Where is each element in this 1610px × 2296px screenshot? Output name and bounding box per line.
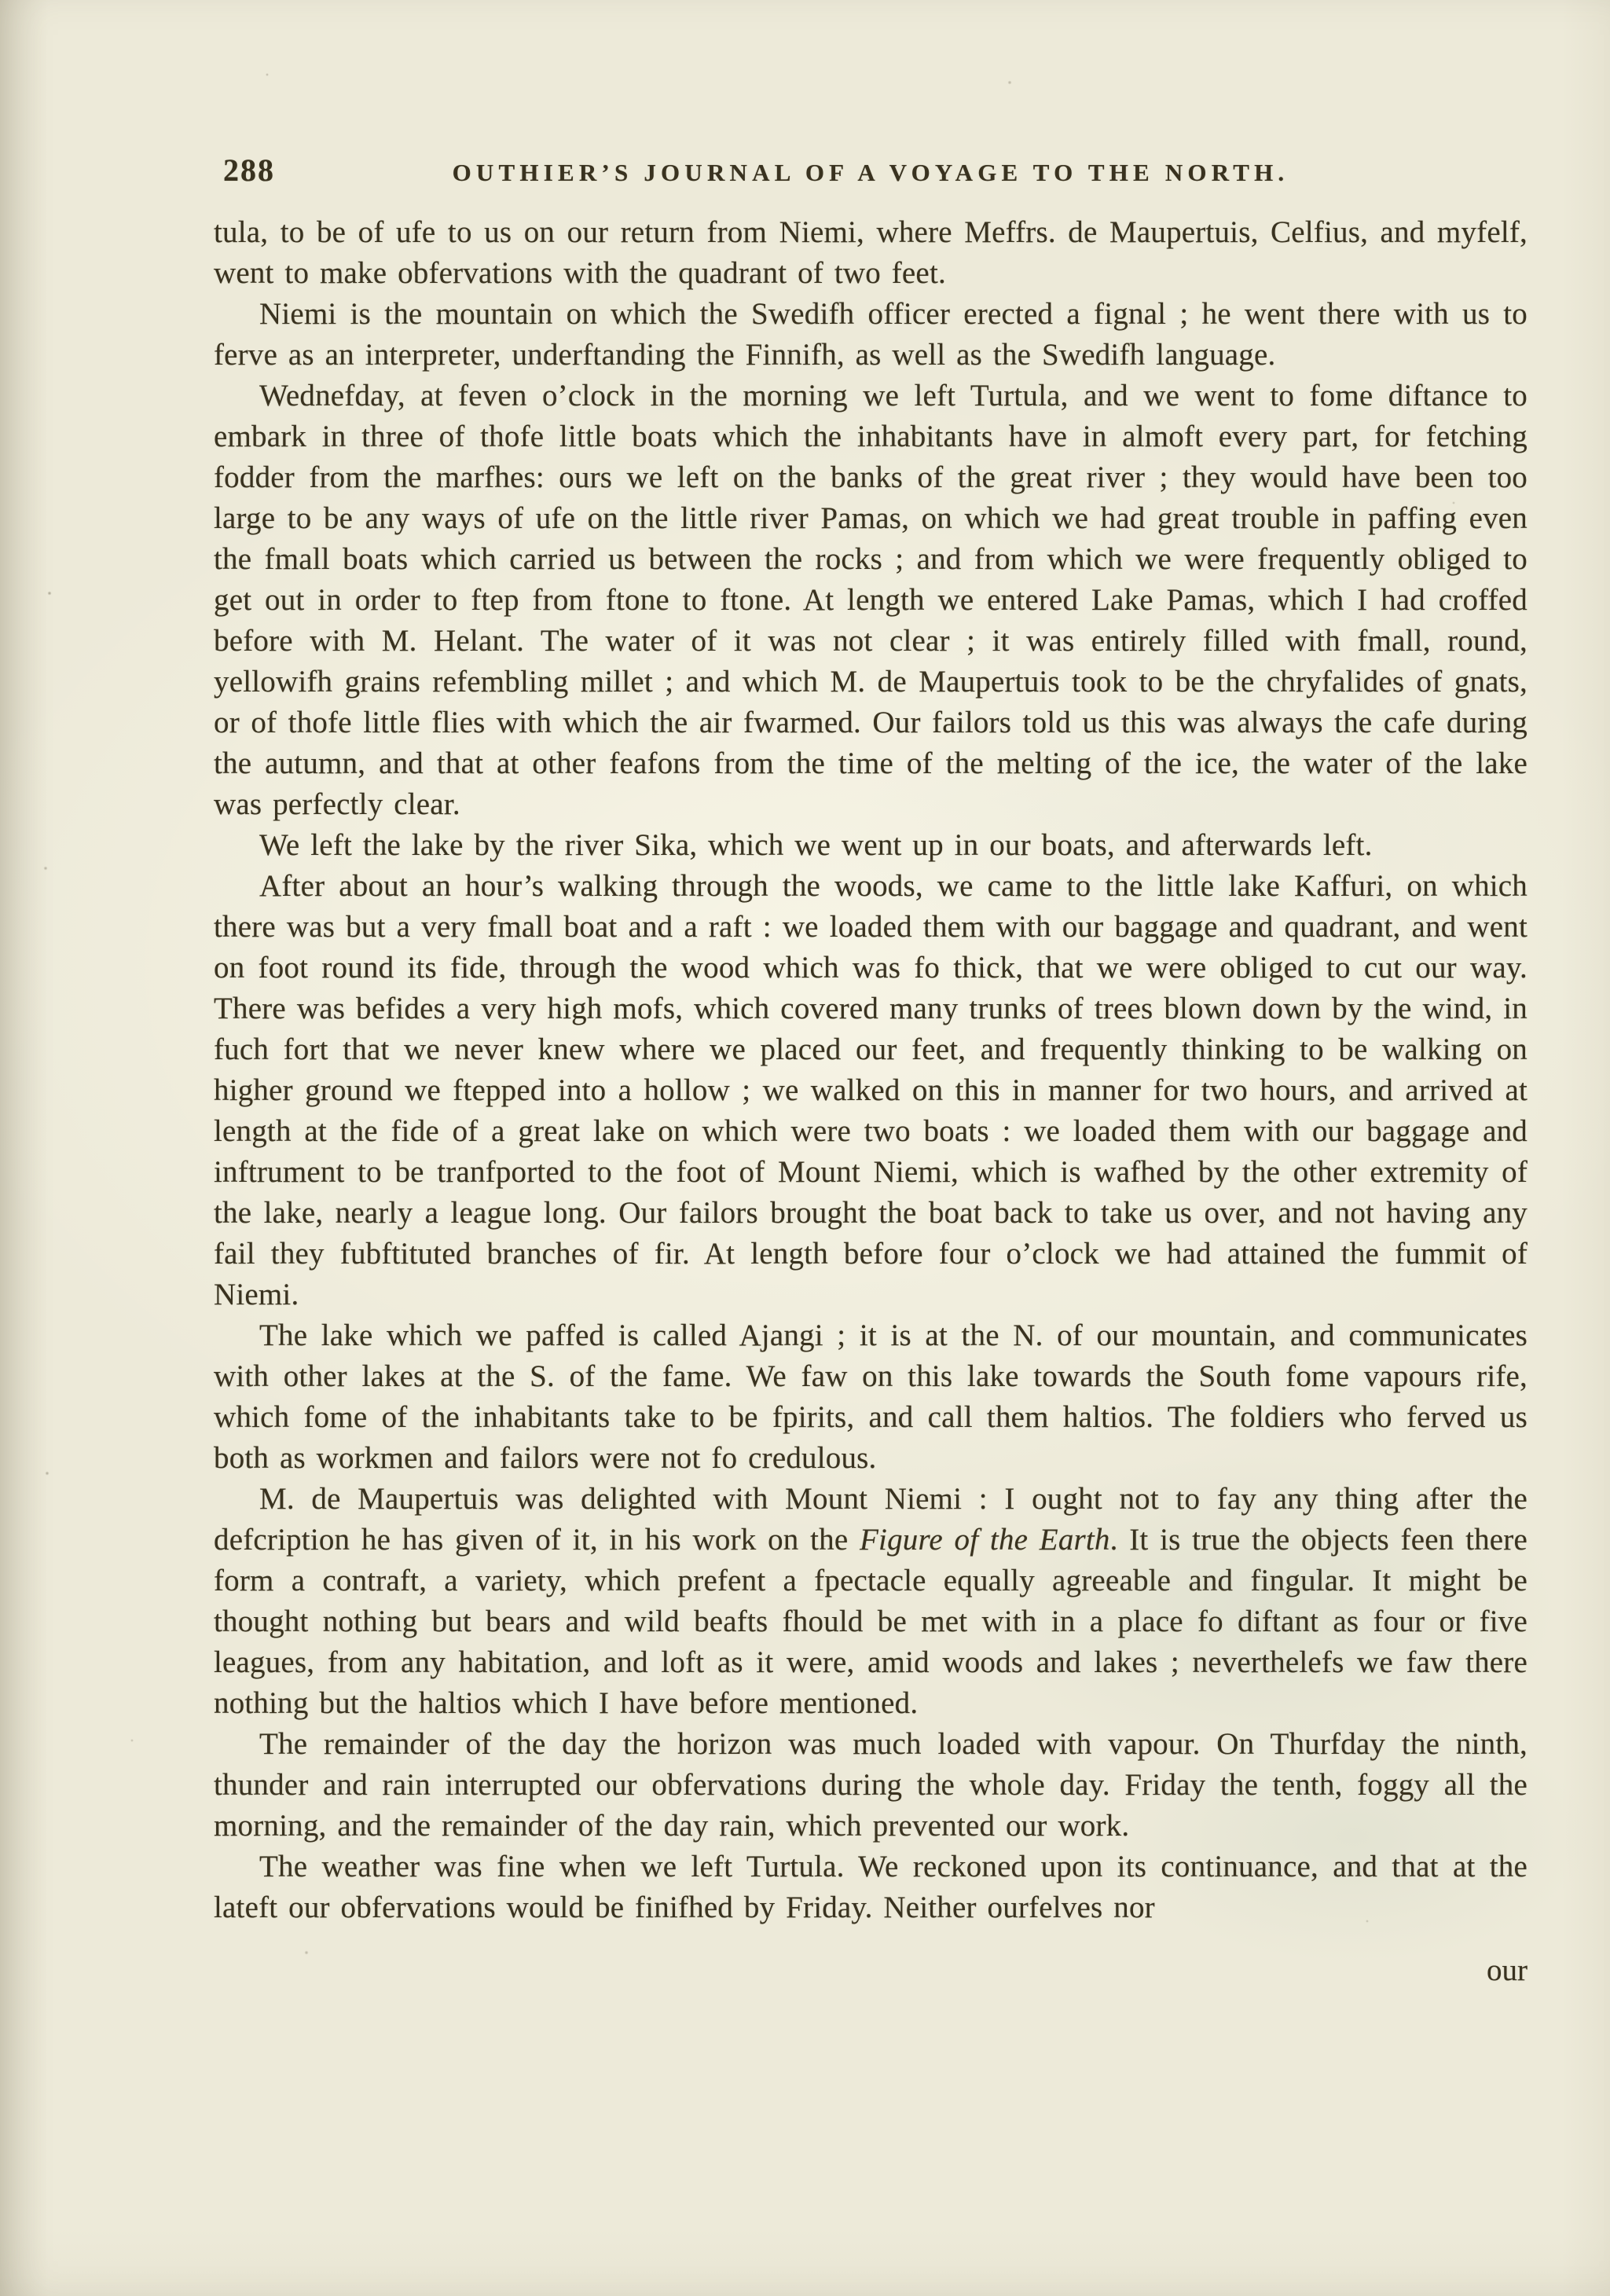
catchword: our xyxy=(1487,1953,1527,1987)
paragraph-with-italic: M. de Maupertuis was delighted with Moun… xyxy=(214,1479,1527,1724)
paragraph: After about an hour’s walking through th… xyxy=(214,866,1527,1315)
catchword-line: our xyxy=(214,1950,1527,1991)
paragraph: We left the lake by the river Sika, whic… xyxy=(214,825,1527,866)
text-block: 288 OUTHIER’S JOURNAL OF A VOYAGE TO THE… xyxy=(214,143,1527,1991)
paragraph: Niemi is the mountain on which the Swedi… xyxy=(214,294,1527,376)
paragraph: The lake which we paffed is called Ajang… xyxy=(214,1315,1527,1479)
paragraph: The remainder of the day the horizon was… xyxy=(214,1724,1527,1847)
paragraph: Wednefday, at feven o’clock in the morni… xyxy=(214,376,1527,825)
paragraph-continuation: tula, to be of ufe to us on our return f… xyxy=(214,212,1527,294)
body-text: tula, to be of ufe to us on our return f… xyxy=(214,212,1527,1991)
paragraph: The weather was fine when we left Turtul… xyxy=(214,1847,1527,1928)
book-title-italic: Figure of the Earth xyxy=(860,1523,1110,1557)
running-title: OUTHIER’S JOURNAL OF A VOYAGE TO THE NOR… xyxy=(214,159,1527,187)
scanned-book-page: 288 OUTHIER’S JOURNAL OF A VOYAGE TO THE… xyxy=(0,0,1610,2296)
page-header: 288 OUTHIER’S JOURNAL OF A VOYAGE TO THE… xyxy=(214,143,1527,189)
